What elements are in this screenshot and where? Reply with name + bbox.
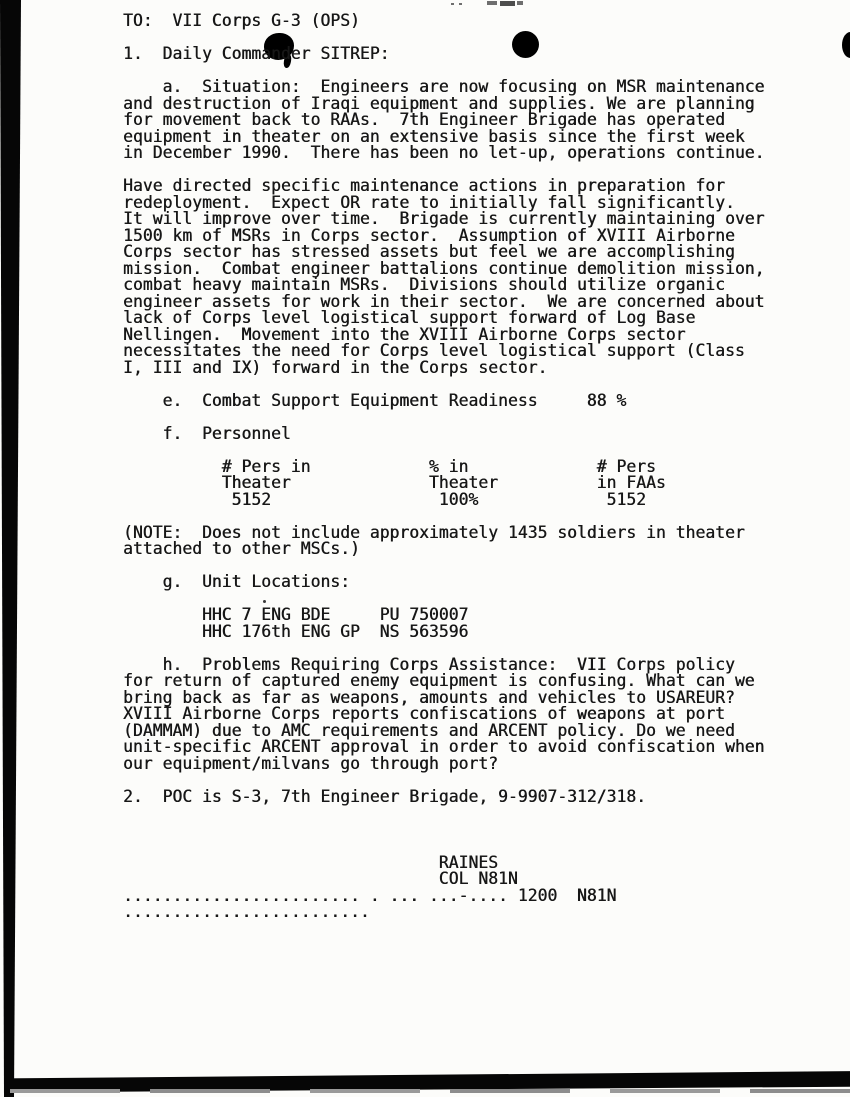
scan-edge-bottom-fuzz xyxy=(10,1089,850,1093)
scan-dash-mark xyxy=(500,1,515,6)
para-a-line: in December 1990. There has been no let-… xyxy=(123,145,764,162)
readiness-line: e. Combat Support Equipment Readiness 88… xyxy=(123,393,764,410)
scan-edge-left-bar xyxy=(0,0,24,1097)
para-h-line: our equipment/milvans go through port? xyxy=(123,756,764,773)
document-text: TO: VII Corps G-3 (OPS) 1. Daily Command… xyxy=(123,13,764,921)
scan-dash-mark xyxy=(459,3,462,5)
unit-location-row: HHC 176th ENG GP NS 563596 xyxy=(123,624,764,641)
teletype-dots-line: ......................... xyxy=(123,904,764,921)
addressee-line: TO: VII Corps G-3 (OPS) xyxy=(123,13,764,30)
unit-locations-heading-line: g. Unit Locations: xyxy=(123,574,764,591)
scan-dash-mark xyxy=(487,1,497,5)
personnel-table-value-row: 5152 100% 5152 xyxy=(123,492,764,509)
blank-line xyxy=(123,822,764,839)
scanned-document-page: TO: VII Corps G-3 (OPS) 1. Daily Command… xyxy=(0,0,850,1097)
note-line: attached to other MSCs.) xyxy=(123,541,764,558)
personnel-heading-line: f. Personnel xyxy=(123,426,764,443)
maintenance-para-line: I, III and IX) forward in the Corps sect… xyxy=(123,360,764,377)
scan-dash-mark xyxy=(517,1,523,5)
blank-line xyxy=(123,805,764,822)
poc-line: 2. POC is S-3, 7th Engineer Brigade, 9-9… xyxy=(123,789,764,806)
scan-dash-mark xyxy=(451,3,454,5)
ink-blob-right-edge xyxy=(842,32,850,58)
sitrep-heading-line: 1. Daily Commander SITREP: xyxy=(123,46,764,63)
